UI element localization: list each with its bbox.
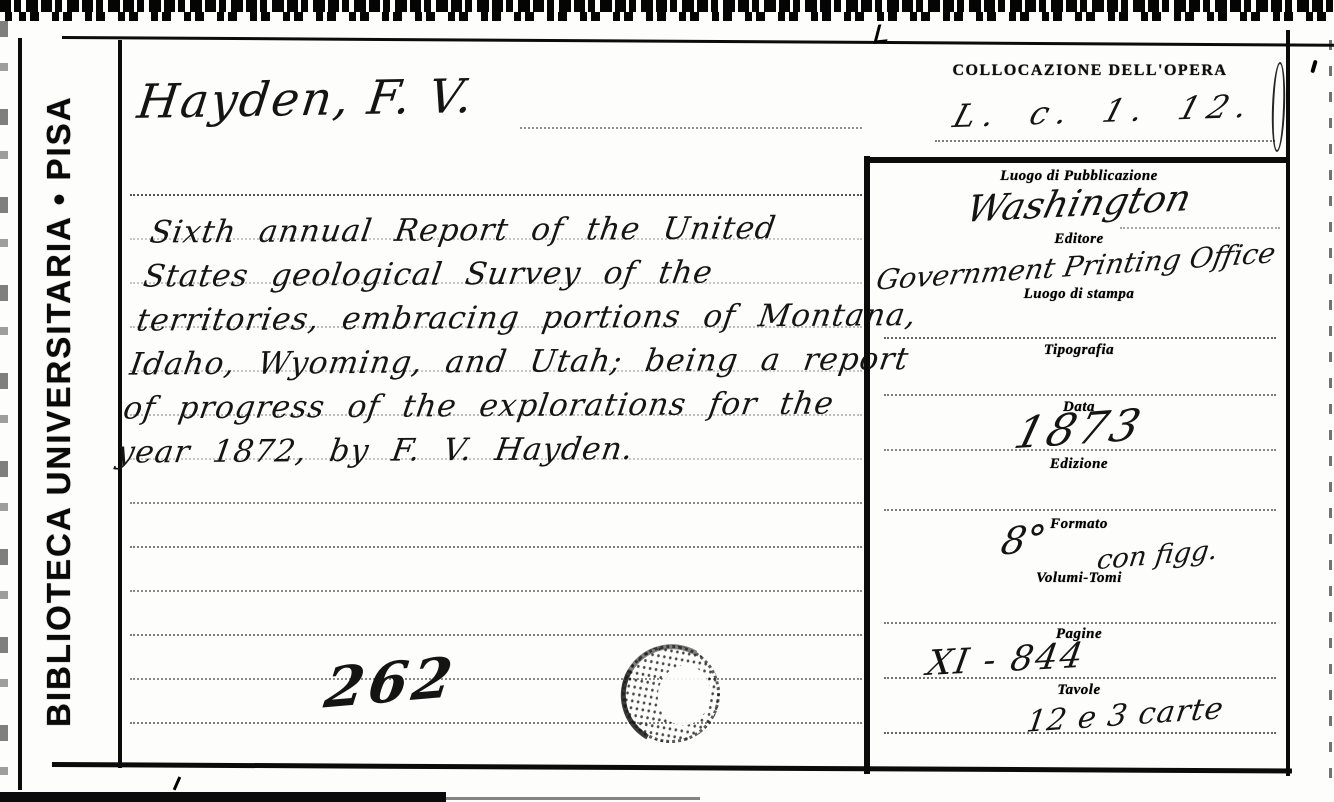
frame-left-line	[18, 38, 22, 790]
ruled-line	[884, 337, 1276, 339]
title-line: Idaho, Wyoming, and Utah; being a report	[127, 337, 874, 386]
frame-bottom-line	[52, 762, 1292, 773]
field-box-top-line	[864, 157, 1290, 163]
inventory-number: 262	[321, 645, 460, 722]
collocation-value: L. c. 1. 12.	[949, 87, 1261, 135]
author-name: Hayden, F. V.	[134, 69, 477, 130]
scan-bottom-edge	[440, 797, 700, 800]
frame-top-line	[62, 36, 1334, 47]
field-label-tipografia: Tipografia	[872, 342, 1286, 359]
field-value-pagine: XI - 844	[924, 636, 1088, 684]
stray-ink-mark	[1310, 60, 1317, 74]
ruled-line	[130, 194, 862, 196]
collocation-label: COLLOCAZIONE DELL'OPERA	[940, 62, 1240, 80]
title-text: Sixth annual Report of the United States…	[114, 205, 895, 474]
ruled-line	[130, 634, 862, 636]
title-line: year 1872, by F. V. Hayden.	[114, 425, 861, 474]
scan-bottom-edge	[0, 792, 446, 802]
title-line: of progress of the explorations for the	[120, 381, 867, 430]
ruled-line	[130, 502, 862, 504]
ruled-line	[884, 622, 1276, 624]
field-label-formato: Formato	[872, 516, 1286, 533]
field-value-formato: 8°	[998, 517, 1050, 564]
ruled-line	[884, 509, 1276, 511]
stray-ink-mark	[162, 772, 181, 791]
title-line: States geological Survey of the	[140, 249, 887, 298]
scan-noise-left	[0, 21, 8, 802]
ink-stamp	[614, 637, 728, 751]
scan-noise-right	[1329, 40, 1332, 778]
scan-noise-top	[0, 0, 1334, 21]
ruled-line	[130, 590, 862, 592]
field-label-volumi-tomi: Volumi-Tomi	[872, 570, 1286, 587]
ruled-line	[520, 127, 862, 129]
title-line: Sixth annual Report of the United	[147, 205, 894, 254]
title-line: territories, embracing portions of Monta…	[134, 293, 881, 342]
ruled-line	[935, 140, 1275, 142]
sidebar-divider-line	[118, 40, 122, 768]
library-catalog-card: BIBLIOTECA UNIVERSITARIA • PISA Hayden, …	[0, 0, 1334, 802]
ruled-line	[130, 678, 862, 680]
ruled-line	[130, 546, 862, 548]
library-name-vertical: BIBLIOTECA UNIVERSITARIA • PISA	[40, 58, 112, 764]
ruled-line	[1120, 227, 1280, 229]
stray-pen-loop	[1270, 62, 1286, 152]
ruled-line	[130, 722, 862, 724]
